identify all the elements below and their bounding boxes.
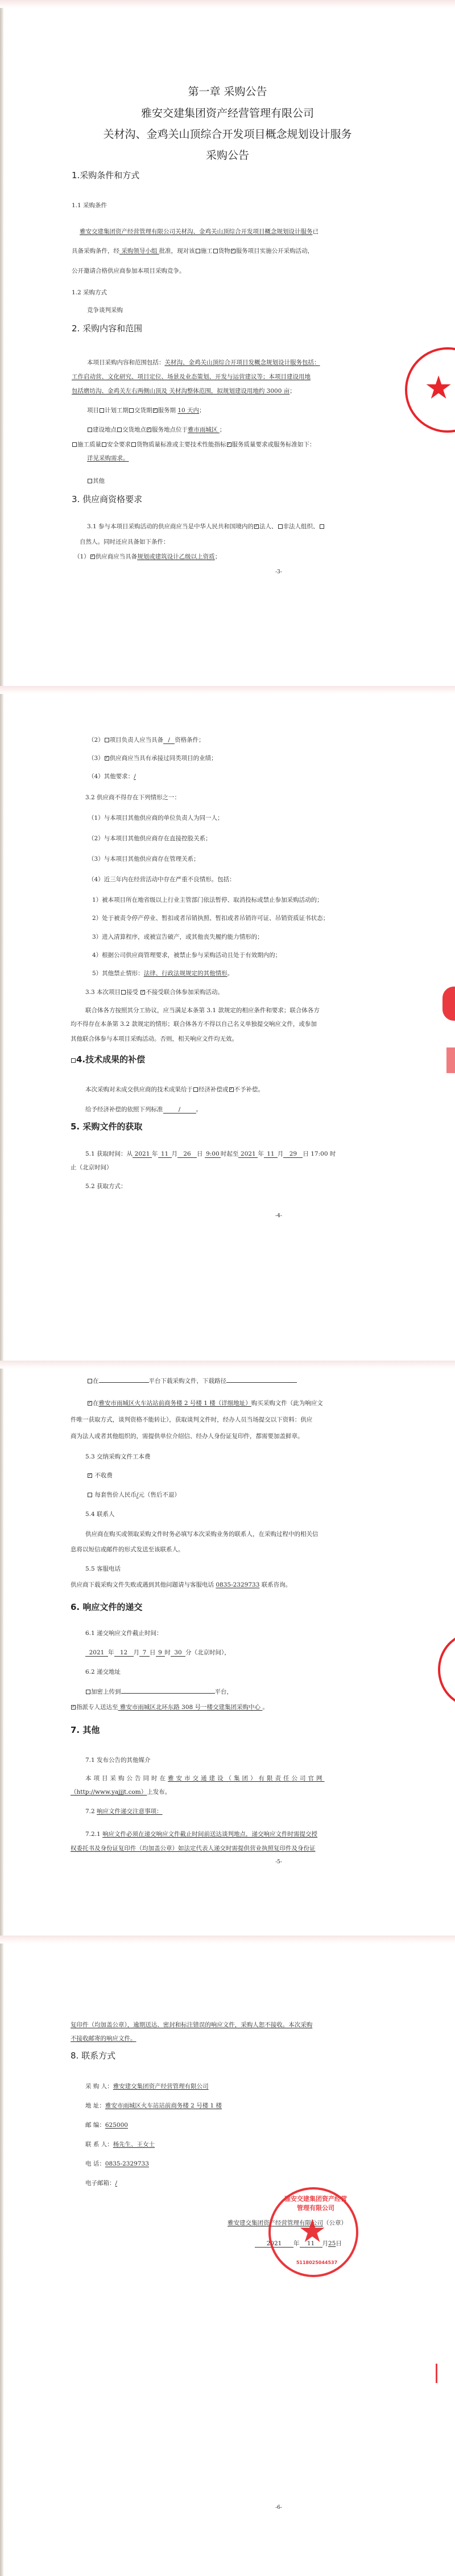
seal-fragment [442, 987, 455, 1021]
section-1-1-para-line2: 具备采购条件，经 采购领导小组 批准，现对该施工货物服务项目实施公开采购活动， [72, 246, 313, 256]
contact-row: 联 系 人：杨先生、王女士 [85, 2139, 155, 2150]
text: 本次采购对未成交供应商的技术成果给于 [85, 1086, 193, 1093]
contact-label: 地 址： [85, 2102, 105, 2109]
text: 。 [262, 1704, 268, 1711]
contact-value: 雅安市雨城区火车站站前商务楼 2 号楼 1 楼 [105, 2102, 222, 2109]
label: 接受 [126, 989, 140, 996]
contact-row: 采 购 人：雅安建交集团资产经营管理有限公司 [85, 2081, 209, 2092]
text: 批准，现对该 [159, 248, 195, 254]
s721-line2: 权委托书及身份证复印件（均加盖公章）如法定代表人递交时需提供营业执照复印件及身份… [71, 1843, 316, 1854]
seal-fragment [436, 2364, 437, 2383]
unit: 年 [152, 1151, 158, 1157]
s33-para-1: 联合体各方按照其分工协议，应当满足本条第 3.1 款规定的相应条件和要求；联合体… [85, 1005, 320, 1016]
page-number: -4- [0, 1213, 455, 1219]
label: 7.2 [85, 1808, 97, 1815]
service-location-value: 雅市雨城区 [188, 426, 220, 433]
section-2-heading: 2. 采购内容和范围 [72, 322, 142, 334]
fee-price-option: 每套售价人民币/元（售后不退） [87, 1490, 180, 1500]
s721-line1: 7.2.1 响应文件必须在递交响应文件截止时间前送达谈判地点，递交响应文件时需提… [85, 1829, 317, 1839]
scan-edge [0, 0, 3, 2576]
s31-line1: 3.1 参与本项目采购活动的供应商应当是中华人民共和国境内的法人、非法人组织、 [87, 521, 325, 532]
section-3-heading: 3. 供应商资格要求 [72, 493, 142, 505]
page-top-shadow [0, 0, 455, 8]
label: 计划工期 [105, 407, 129, 414]
company-seal-partial: ★ [405, 347, 455, 433]
text: 购买采购文件（此为响应文 [251, 1400, 323, 1407]
deadline-month: 12 [114, 1649, 134, 1657]
text: ； [220, 426, 226, 433]
checkbox-accept-consortium[interactable] [121, 990, 126, 995]
label: （3） [88, 755, 104, 762]
fee-free-option: 不收费 [87, 1470, 113, 1481]
page-break [0, 686, 455, 694]
other-line: 其他 [87, 476, 105, 486]
company-title: 雅安交建集团资产经营管理有限公司 [0, 105, 455, 120]
s33-para-2: 均不得存在本条第 3.2 款规定的情形；联合体各方不得以自己名义单独提交响应文件… [71, 1019, 317, 1029]
label: 5）其他禁止情形： [92, 970, 144, 977]
seal-text: 雅安交建集团资产经营管理有限公司 [282, 2194, 349, 2212]
label: （4）其他要求： [88, 773, 134, 780]
s54-para-2: 息将以短信或邮件的形式发送至该联系人。 [71, 1544, 184, 1555]
contact-label: 采 购 人： [85, 2083, 113, 2090]
download-path-blank [226, 1375, 297, 1383]
contact-value: 0835-2329733 [105, 2160, 149, 2167]
service-period-value: 10 天内 [177, 407, 199, 414]
start-time: 9:00 [205, 1151, 221, 1158]
checkbox-legal-person[interactable] [254, 524, 259, 529]
contact-row: 电 话：0835-2329733 [85, 2159, 149, 2169]
unit: 月 [172, 1151, 178, 1157]
s61-heading: 6.1 递交响应文件截止时间： [85, 1628, 163, 1638]
label: 货物 [218, 248, 230, 254]
checkbox-service[interactable] [231, 249, 235, 253]
checkbox-service-location[interactable] [147, 428, 151, 432]
s51-tail: 止（北京时间） [71, 1162, 113, 1173]
text: 响应文件必须在递交响应文件截止时间前送达谈判地点，递交响应文件时需提交授 [102, 1831, 317, 1838]
s32-sub-item: 3）进入清算程序，或被宣告破产，或其他丧失履约能力情形的； [92, 932, 263, 942]
checkbox-onsite-purchase[interactable] [88, 1401, 92, 1406]
unit: 分（北京时间）， [185, 1649, 230, 1656]
unit: 时 [165, 1649, 171, 1656]
req4-value: / [134, 773, 136, 780]
project-title: 关材沟、金鸡关山顶综合开发项目概念规划设计服务 [0, 126, 455, 141]
label: 施工质量 [77, 441, 101, 448]
checkbox-delivery-location[interactable] [117, 428, 122, 432]
label: （1） [74, 553, 90, 560]
req2-value: / [163, 737, 175, 744]
contact-value: 杨先生、王女士 [113, 2141, 155, 2148]
contact-value: 625000 [105, 2122, 128, 2129]
text: 指派专人送达至 [76, 1704, 118, 1711]
page-number: -3- [0, 569, 455, 575]
service-phone: 0835-2329733 [216, 1581, 259, 1588]
text: 3.3 本次项目 [85, 989, 121, 996]
checkbox-compensation[interactable] [193, 1087, 198, 1092]
label: 非法人组织、 [283, 523, 319, 530]
text: 。 [196, 1106, 202, 1113]
label: 5.1 获取时间：从 [85, 1151, 133, 1157]
doc-type-title: 采购公告 [0, 147, 455, 162]
unit: 日 [150, 1649, 156, 1656]
checkbox-delivery-period[interactable] [129, 408, 134, 413]
contact-label: 电子邮箱： [85, 2180, 115, 2187]
s32-item: （4）近三年内在经营活动中存在严重不良情形。包括： [88, 874, 235, 885]
text: 加密上传到 [91, 1688, 121, 1695]
text: 已 [313, 228, 319, 235]
checkbox-req3[interactable] [105, 756, 109, 761]
unit: 月 [134, 1649, 140, 1656]
unit: 时 [330, 1151, 336, 1157]
checkbox-plan-period[interactable] [100, 408, 104, 413]
checkbox-no-compensation[interactable] [229, 1087, 234, 1092]
checkbox-goods[interactable] [213, 249, 218, 253]
document-scan: 第一章 采购公告 雅安交建集团资产经营管理有限公司 关材沟、金鸡关山顶综合开发项… [0, 0, 455, 2576]
label: 服务地点位于 [152, 426, 188, 433]
contact-row: 邮 编：625000 [85, 2120, 128, 2130]
checkbox-construction-quality[interactable] [72, 442, 77, 447]
unit: 日 [303, 1151, 309, 1157]
s71-line2: （http://www.yajjjt.com）上发布。 [71, 1787, 171, 1797]
start-month: 11 [158, 1151, 172, 1158]
label: 4.技术成果的补偿 [76, 1054, 145, 1065]
service-period-line: 项目计划工期交货期服务期 10 天内； [87, 405, 205, 416]
label: 7.2.1 [85, 1831, 102, 1838]
text: 供应商下载采购文件失败或遇到其他问题请与客服电话 [71, 1581, 216, 1588]
deadline-day: 7 [139, 1649, 150, 1657]
qualification-value: 规划或建筑设计乙级以上资质 [137, 553, 215, 560]
procurement-method: 竞争谈判采购 [87, 305, 123, 315]
s32-sub-item: 1）被本项目所在地省级以上行业主管部门依法暂停、取消投标或禁止参加采购活动的； [92, 895, 323, 905]
label: 法人、 [259, 523, 278, 530]
label: 建设地点 [93, 426, 117, 433]
checkbox-free[interactable] [88, 1473, 92, 1478]
text: 供应商应当具有承接过同类项目的业绩； [110, 755, 217, 762]
checkbox-price[interactable] [88, 1493, 92, 1497]
requirement-4: （4）其他要求：/ [88, 771, 136, 782]
chapter-title: 第一章 采购公告 [0, 83, 455, 98]
start-year: 2021 [133, 1151, 152, 1158]
text: 在 [93, 1400, 99, 1407]
label: 不收费 [93, 1472, 113, 1479]
s32-sub-item: 2）处于被责令停产停业、暂扣或者吊销执照、暂扣或者吊销许可证、吊销资质证书状态； [92, 913, 329, 923]
location-line: 建设地点交货地点服务地点位于雅市雨城区 ； [87, 425, 225, 435]
seal-star-icon: ★ [298, 2216, 326, 2248]
section-1-1-para-line1: 雅安交建集团资产经营管理有限公司关材沟、金鸡关山顶综合开发项目概念规划设计服务已 [80, 227, 318, 237]
s71-heading: 7.1 发布公告的其他媒介 [85, 1755, 151, 1765]
text: 给予经济补偿的依照下列标准 [85, 1106, 163, 1113]
unit: 时起至 [221, 1151, 239, 1157]
section-1-heading: 1.采购条件和方式 [72, 169, 139, 181]
requirement-2: （2）项目负责人应当具备 / 资格条件； [88, 735, 205, 745]
acquire-option-2: 在雅安市雨城区火车站站前商务楼 2 号楼 1 楼（详细地址）购买采购文件（此为响… [87, 1398, 323, 1408]
unit: 日 [197, 1151, 203, 1157]
label: 交货期 [134, 407, 152, 414]
text: 联系咨询。 [259, 1581, 291, 1588]
label: 交货地点 [122, 426, 146, 433]
label: 经济补偿或 [198, 1086, 229, 1093]
page-number: -6- [0, 2505, 455, 2511]
acquire-option-2-line2: 件唯一获取方式，谈判资格不能转让），获取谈判文件时，经办人员当场提交以下资料：供… [71, 1415, 312, 1425]
section-1-2-heading: 1.2 采购方式 [72, 287, 107, 298]
s51-line: 5.1 获取时间：从2021年11月26日 9:00时起至2021年11月29日… [85, 1149, 336, 1159]
seal-star-icon: ★ [424, 372, 453, 404]
section-7-heading: 7. 其他 [71, 1724, 100, 1736]
quality-value: 详见采购需求。 [87, 453, 129, 463]
label: 本项目采购内容和范围包括： [87, 359, 165, 366]
requirement-3: （3）供应商应当具有承接过同类项目的业绩； [88, 753, 217, 763]
checkbox-reject-consortium[interactable] [140, 990, 145, 995]
publish-url-link[interactable]: （http://www.yajjjt.com） [71, 1789, 147, 1796]
s721-line4: 不接收邮寄的响应文件。 [71, 2033, 136, 2044]
label: 服务项目实施公开采购活动， [236, 248, 314, 254]
checkbox-build-location[interactable] [88, 428, 92, 432]
s32-sub-item: 4）根据公司供应商管理要求，被禁止参与采购活动且处于有效期内的； [92, 950, 281, 960]
label: 服务期 [158, 407, 176, 414]
text: 。 [227, 970, 234, 977]
publish-site: 雅安市交通建设（集团）有限责任公司官网 [168, 1775, 325, 1782]
checkbox-req1[interactable] [90, 554, 95, 559]
contact-label: 联 系 人： [85, 2141, 113, 2148]
deadline-line: 2021年12月7日9时30分（北京时间）， [85, 1648, 230, 1658]
text: ； [199, 407, 205, 414]
contact-label: 电 话： [85, 2160, 105, 2167]
deadline-hour: 9 [156, 1649, 165, 1657]
section-6-heading: 6. 响应文件的递交 [71, 1601, 142, 1613]
contact-value: / [115, 2180, 118, 2187]
title: 响应文件递交注意事项： [97, 1808, 163, 1815]
s52-heading: 5.2 获取方式： [85, 1181, 127, 1192]
checkbox-req2[interactable] [105, 738, 109, 742]
company-seal-partial [438, 1633, 455, 1707]
checkbox-in-person-delivery[interactable] [71, 1705, 76, 1710]
label: 安全要求 [107, 441, 131, 448]
checkbox-other[interactable] [88, 479, 92, 483]
quality-line: 施工质量安全要求货物质量标准或主要技术性能指标服务质量要求或服务标准如下： [72, 439, 316, 450]
end-day: 29 [283, 1151, 303, 1158]
checkbox-platform-download[interactable] [88, 1379, 92, 1383]
label: 不接受联合体参加采购活动。 [146, 989, 224, 996]
s72-heading: 7.2 响应文件递交注意事项： [85, 1806, 163, 1817]
unit: 年 [258, 1151, 264, 1157]
s721-line3: 复印件（均加盖公章），逾期送达、密封和标注错误的响应文件，采购人恕不接收。本次采… [71, 2020, 312, 2030]
text: 供应商应当具备 [96, 553, 138, 560]
scope-value: 包括磨坊沟、金鸡关左右两侧山顶及 关材沟整体范围，拟规划建设用地约 3000 亩 [72, 388, 289, 395]
checkbox-service-quality[interactable] [227, 442, 231, 447]
text: ； [215, 553, 221, 560]
text: 资格条件； [175, 737, 205, 743]
section-4-heading: 4.技术成果的补偿 [71, 1053, 145, 1065]
label: 每套售价人民币 [93, 1492, 136, 1498]
s54-para-1: 供应商在购买或领取采购文件时务必填写本次采购业务的联系人，在采购过程中的相关信 [85, 1529, 318, 1539]
text: ； [289, 388, 296, 395]
seal-code: 5118025044537 [286, 2260, 348, 2265]
label: 施工 [201, 248, 213, 254]
page-break [0, 1361, 455, 1369]
page-number: -5- [0, 1859, 455, 1865]
approver: 采购领导小组 [119, 248, 159, 254]
unit: 月 [278, 1151, 284, 1157]
label: 货物质量标准或主要技术性能指标 [136, 441, 226, 448]
start-day: 26 [177, 1151, 197, 1158]
text: 在 [93, 1378, 99, 1384]
s54-heading: 5.4 联系人 [85, 1509, 115, 1519]
s71-line1: 本项目采购公告同时在雅安市交通建设（集团）有限责任公司官网 [85, 1773, 325, 1784]
s32-sub-item-5: 5）其他禁止情形：法律、行政法规规定的其他情形。 [92, 968, 233, 979]
label: 服务质量要求或服务标准如下： [232, 441, 316, 448]
label: （2） [88, 737, 104, 743]
s55-heading: 5.5 客服电话 [85, 1564, 121, 1574]
scope-value: 关材沟、金鸡关山顶综合开项目发概念规划设计服务包括： [165, 359, 320, 366]
s32-item: （1）与本项目其他供应商的单位负责人为同一人； [88, 813, 224, 823]
text: 元（售后不退） [138, 1492, 180, 1498]
text: 项目负责人应当具备 [110, 737, 164, 743]
project-name-underlined: 雅安交建集团资产经营管理有限公司关材沟、金鸡关山顶综合开发项目概念规划设计服务 [80, 228, 313, 235]
text: 具备采购条件，经 [72, 248, 119, 254]
platform-blank [99, 1375, 149, 1383]
submit-option-2: 指派专人送达至 雅安市雨城区北环东路 308 号一楼交建集团采购中心 。 [71, 1702, 268, 1712]
checkbox-safety[interactable] [102, 442, 106, 447]
text: 平台， [215, 1688, 233, 1695]
s4-para-1: 本次采购对未成交供应商的技术成果给于经济补偿或不予补偿。 [85, 1084, 264, 1095]
acquire-option-1: 在平台下载采购文件，下载路径 [87, 1375, 297, 1386]
section-1-1-heading: 1.1 采购条件 [72, 200, 107, 211]
official-company-seal: ★ 雅安交建集团资产经营管理有限公司 5118025044537 [268, 2187, 358, 2277]
deadline-year: 2021 [85, 1649, 108, 1657]
checkbox-encrypted-upload[interactable] [86, 1690, 90, 1694]
label: 不予补偿。 [234, 1086, 264, 1093]
scope-line2: 工作启动营、文化研究、项目定位、场景及业态策划、开发与运营建议等；本项目建设用地 [72, 372, 311, 382]
s33-line: 3.3 本次项目接受 不接受联合体参加采购活动。 [85, 987, 224, 997]
checkbox-non-legal-org[interactable] [278, 524, 283, 529]
s32-heading: 3.2 供应商不得存在下列情形之一： [85, 792, 180, 803]
section-8-heading: 8. 联系方式 [71, 2049, 115, 2061]
platform-blank [121, 1686, 215, 1694]
s32-item: （3）与本项目其他供应商存在管理关系； [88, 854, 200, 864]
text: 平台下载采购文件，下载路径 [149, 1378, 227, 1384]
page-break [0, 1936, 455, 1944]
delivery-address: 雅安市雨城区北环东路 308 号一楼交建集团采购中心 [118, 1704, 263, 1711]
checkbox-section-4[interactable] [71, 1058, 76, 1063]
purchase-address: 雅安市雨城区火车站站前商务楼 2 号楼 1 楼（详细地址） [99, 1400, 251, 1407]
unit: 年 [108, 1649, 114, 1656]
contact-value: 雅安建交集团资产经营管理有限公司 [113, 2083, 209, 2090]
s62-heading: 6.2 递交地址 [85, 1667, 121, 1677]
compensation-standard: / [163, 1106, 196, 1114]
s32-item: （2）与本项目其他供应商存在直接控股关系； [88, 833, 212, 844]
text: 本项目采购公告同时在 [85, 1775, 168, 1782]
contact-row: 电子邮箱：/ [85, 2178, 117, 2188]
s4-para-2: 给予经济补偿的依照下列标准 / 。 [85, 1104, 202, 1115]
contact-row: 地 址：雅安市雨城区火车站站前商务楼 2 号楼 1 楼 [85, 2101, 222, 2111]
section-5-heading: 5. 采购文件的获取 [71, 1120, 142, 1132]
s31-line2: 自然人。同时还应具备如下条件： [80, 537, 169, 547]
requirement-1: （1）供应商应当具备规划或建筑设计乙级以上资质； [74, 552, 221, 562]
scope-line1: 本项目采购内容和范围包括：关材沟、金鸡关山顶综合开项目发概念规划设计服务包括： [87, 358, 320, 368]
deadline-minute: 30 [171, 1649, 185, 1657]
s33-para-3: 其他联合体参与本项目采购活动。否则，相关响应文件均无效。 [71, 1034, 238, 1044]
text: 上发布。 [147, 1789, 171, 1796]
scope-line3: 包括磨坊沟、金鸡关左右两侧山顶及 关材沟整体范围，拟规划建设用地约 3000 亩… [72, 386, 296, 396]
acquire-option-2-line3: 商为法人或者其他组织的，需提供单位介绍信、经办人身份证复印件，都需要加盖鲜章。 [71, 1431, 304, 1441]
section-1-1-para-line3: 公开邀请合格供应商参加本项目采购竞争。 [72, 266, 185, 276]
label: 项目 [87, 407, 99, 414]
checkbox-service-period[interactable] [153, 408, 158, 413]
end-month: 11 [264, 1151, 278, 1158]
checkbox-construction[interactable] [196, 249, 200, 253]
end-time: 17:00 [311, 1151, 328, 1157]
submit-option-1: 加密上传到平台， [85, 1686, 233, 1697]
label: 其他 [93, 478, 105, 484]
checkbox-natural-person[interactable] [320, 524, 324, 529]
end-year: 2021 [238, 1151, 258, 1158]
s53-heading: 5.3 交纳采购文件工本费 [85, 1452, 151, 1462]
s55-line: 供应商下载采购文件失败或遇到其他问题请与客服电话 0835-2329733 联系… [71, 1580, 291, 1590]
contact-label: 邮 编： [85, 2122, 105, 2129]
checkbox-goods-quality[interactable] [131, 442, 136, 447]
value: 法律、行政法规规定的其他情形 [144, 970, 227, 977]
text: 3.1 参与本项目采购活动的供应商应当是中华人民共和国境内的 [87, 523, 254, 530]
seal-fragment [446, 1047, 455, 1073]
